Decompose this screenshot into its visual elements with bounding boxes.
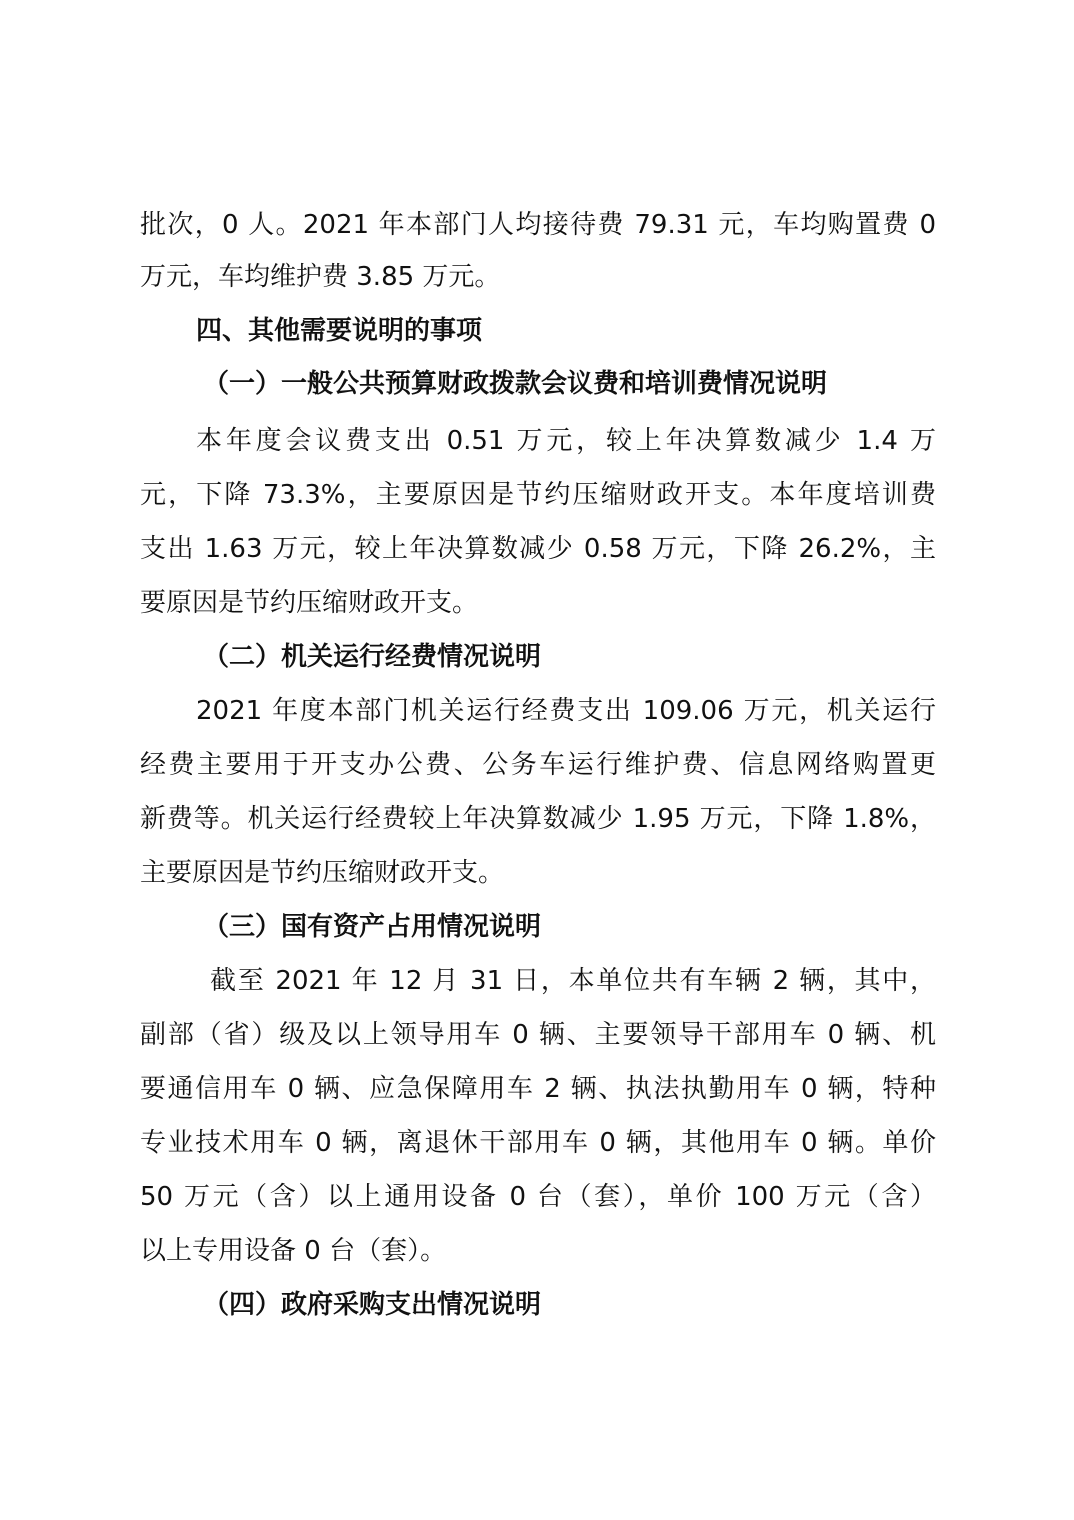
section-four-heading: 四、其他需要说明的事项 [196, 314, 482, 348]
subsection-1-line-3: 支出 1.63 万元，较上年决算数减少 0.58 万元，下降 26.2%，主 [140, 532, 936, 566]
subsection-1-heading: （一）一般公共预算财政拨款会议费和培训费情况说明 [203, 367, 827, 401]
intro-line-1: 批次，0 人。2021 年本部门人均接待费 79.31 元，车均购置费 0 [140, 208, 936, 242]
subsection-3-line-6: 以上专用设备 0 台（套）。 [140, 1234, 936, 1268]
subsection-3-line-3: 要通信用车 0 辆、应急保障用车 2 辆、执法执勤用车 0 辆，特种 [140, 1072, 936, 1106]
intro-line-2: 万元，车均维护费 3.85 万元。 [140, 260, 936, 294]
subsection-2-line-3: 新费等。机关运行经费较上年决算数减少 1.95 万元，下降 1.8%， [140, 802, 936, 836]
subsection-2-line-1: 2021 年度本部门机关运行经费支出 109.06 万元，机关运行 [196, 694, 936, 728]
subsection-2-line-4: 主要原因是节约压缩财政开支。 [140, 856, 936, 890]
subsection-2-heading: （二）机关运行经费情况说明 [203, 640, 541, 674]
subsection-2-line-2: 经费主要用于开支办公费、公务车运行维护费、信息网络购置更 [140, 748, 936, 782]
subsection-3-line-4: 专业技术用车 0 辆，离退休干部用车 0 辆，其他用车 0 辆。单价 [140, 1126, 936, 1160]
subsection-3-heading: （三）国有资产占用情况说明 [203, 910, 541, 944]
document-page: 批次，0 人。2021 年本部门人均接待费 79.31 元，车均购置费 0 万元… [0, 0, 1074, 1520]
subsection-1-line-2: 元，下降 73.3%，主要原因是节约压缩财政开支。本年度培训费 [140, 478, 936, 512]
subsection-3-line-1: 截至 2021 年 12 月 31 日，本单位共有车辆 2 辆，其中， [210, 964, 936, 998]
subsection-1-line-4: 要原因是节约压缩财政开支。 [140, 586, 936, 620]
subsection-4-heading: （四）政府采购支出情况说明 [203, 1288, 541, 1322]
subsection-3-line-2: 副部（省）级及以上领导用车 0 辆、主要领导干部用车 0 辆、机 [140, 1018, 936, 1052]
subsection-1-line-1: 本年度会议费支出 0.51 万元，较上年决算数减少 1.4 万 [196, 424, 936, 458]
subsection-3-line-5: 50 万元（含）以上通用设备 0 台（套），单价 100 万元（含） [140, 1180, 936, 1214]
